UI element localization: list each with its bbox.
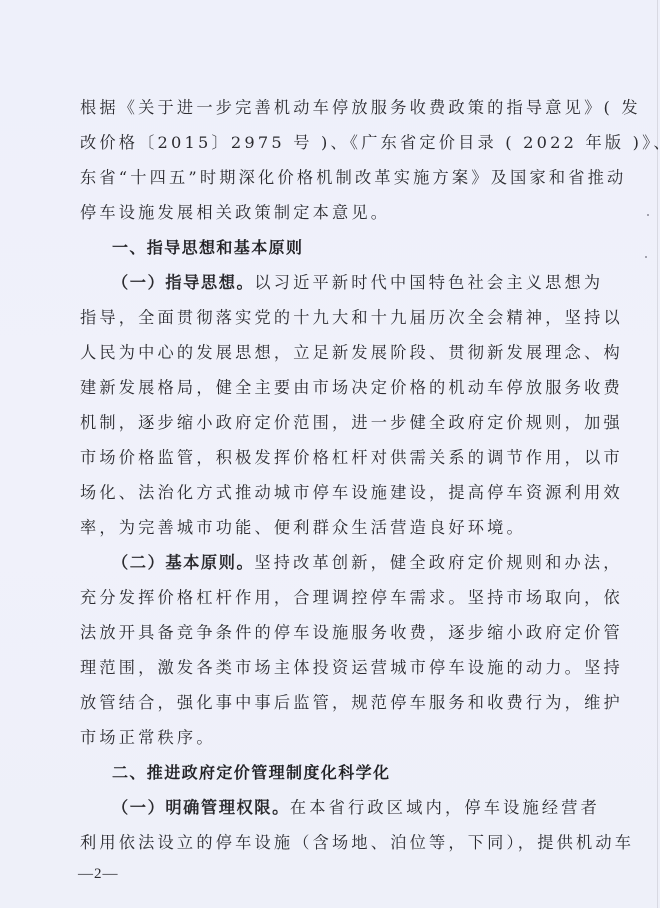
text-line: （一）指导思想。以习近平新时代中国特色社会主义思想为: [80, 265, 580, 300]
text-line: 停车设施发展相关政策制定本意见。: [80, 195, 580, 230]
text-line: 建新发展格局，健全主要由市场决定价格的机动车停放服务收费: [80, 370, 580, 405]
text-line: 率，为完善城市功能、便利群众生活营造良好环境。: [80, 510, 580, 545]
management-authority-paragraph: （一）明确管理权限。在本省行政区域内，停车设施经营者 利用依法设立的停车设施（含…: [80, 790, 580, 860]
section-heading-1: 一、指导思想和基本原则: [80, 230, 580, 265]
document-body: 根据《关于进一步完善机动车停放服务收费政策的指导意见》( 发 改价格〔2015〕…: [80, 90, 580, 860]
basic-principles-paragraph: （二）基本原则。坚持改革创新，健全政府定价规则和办法， 充分发挥价格杠杆作用，合…: [80, 545, 580, 755]
page-number: —2—: [78, 866, 119, 883]
text-line: 指导，全面贯彻落实党的十九大和十九届历次全会精神，坚持以: [80, 300, 580, 335]
text-line: 充分发挥价格杠杆作用，合理调控停车需求。坚持市场取向，依: [80, 580, 580, 615]
text-line: 法放开具备竞争条件的停车设施服务收费，逐步缩小政府定价管: [80, 615, 580, 650]
text-line: （一）明确管理权限。在本省行政区域内，停车设施经营者: [80, 790, 580, 825]
subsection-title: （二）基本原则。: [112, 553, 254, 572]
text-line: 人民为中心的发展思想，立足新发展阶段、贯彻新发展理念、构: [80, 335, 580, 370]
text-span: 以习近平新时代中国特色社会主义思想为: [254, 273, 603, 292]
subsection-title: （一）明确管理权限。: [112, 798, 290, 817]
guiding-ideology-paragraph: （一）指导思想。以习近平新时代中国特色社会主义思想为 指导，全面贯彻落实党的十九…: [80, 265, 580, 545]
text-span: 坚持改革创新，健全政府定价规则和办法，: [254, 553, 622, 572]
text-line: 东省“十四五”时期深化价格机制改革实施方案》及国家和省推动: [80, 160, 580, 195]
text-line: 改价格〔2015〕2975 号 )、《广东省定价目录 ( 2022 年版 )》、…: [80, 125, 580, 160]
intro-paragraph: 根据《关于进一步完善机动车停放服务收费政策的指导意见》( 发 改价格〔2015〕…: [80, 90, 580, 230]
text-line: 根据《关于进一步完善机动车停放服务收费政策的指导意见》( 发: [80, 90, 580, 125]
text-line: 市场价格监管，积极发挥价格杠杆对供需关系的调节作用，以市: [80, 440, 580, 475]
document-page: 根据《关于进一步完善机动车停放服务收费政策的指导意见》( 发 改价格〔2015〕…: [0, 0, 660, 908]
text-line: 市场正常秩序。: [80, 720, 580, 755]
text-line: 理范围，激发各类市场主体投资运营城市停车设施的动力。坚持: [80, 650, 580, 685]
scan-speck: [647, 214, 649, 216]
text-line: 场化、法治化方式推动城市停车设施建设，提高停车资源利用效: [80, 475, 580, 510]
text-line: （二）基本原则。坚持改革创新，健全政府定价规则和办法，: [80, 545, 580, 580]
text-span: 在本省行政区域内，停车设施经营者: [290, 798, 600, 817]
scan-speck: [645, 256, 647, 258]
text-line: 放管结合，强化事中事后监管，规范停车服务和收费行为，维护: [80, 685, 580, 720]
text-line: 机制，逐步缩小政府定价范围，进一步健全政府定价规则，加强: [80, 405, 580, 440]
text-line: 利用依法设立的停车设施（含场地、泊位等，下同），提供机动车: [80, 825, 580, 860]
subsection-title: （一）指导思想。: [112, 273, 254, 292]
section-heading-2: 二、推进政府定价管理制度化科学化: [80, 755, 580, 790]
